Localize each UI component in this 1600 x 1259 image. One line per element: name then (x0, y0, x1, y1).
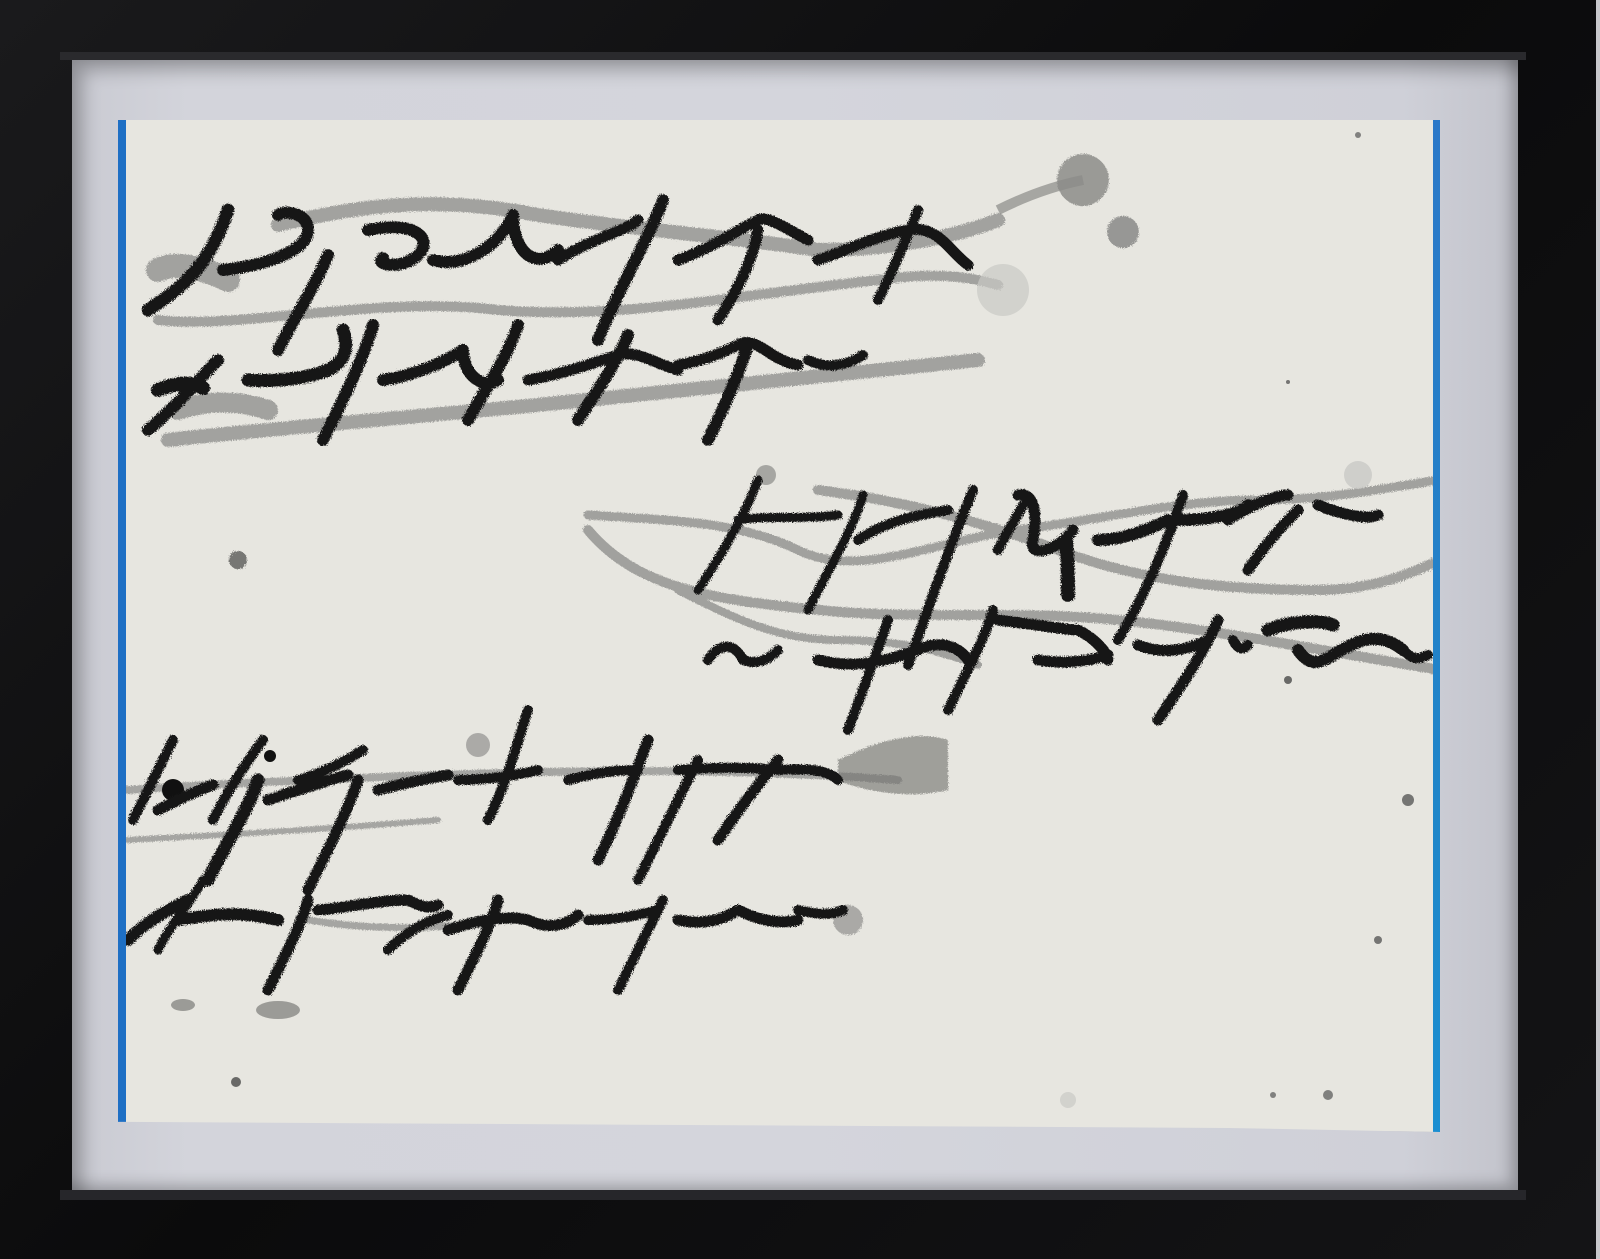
frame-inner-bevel-bottom (60, 1190, 1526, 1200)
ink-bloom (838, 736, 948, 794)
artwork-photo (0, 0, 1600, 1259)
middle-wash (588, 480, 1440, 670)
splatter (466, 733, 490, 757)
ink-dot (264, 750, 276, 762)
blue-painted-edge-left (118, 120, 126, 1132)
calligraphy-strokes (118, 120, 1440, 1132)
water-stain (977, 264, 1029, 316)
blue-painted-edge-right (1433, 120, 1440, 1132)
splatter (1107, 216, 1139, 248)
wall-edge (1596, 0, 1600, 1259)
ink-painting-paper (118, 120, 1440, 1132)
water-stain (1344, 461, 1372, 489)
lower-wash (128, 771, 898, 927)
splatter (229, 551, 247, 569)
middle-block-ink-line2 (708, 610, 1428, 730)
small-splatters (171, 132, 1414, 1108)
frame-inner-bevel-top (60, 52, 1526, 60)
lower-block-ink-line2 (128, 880, 843, 990)
